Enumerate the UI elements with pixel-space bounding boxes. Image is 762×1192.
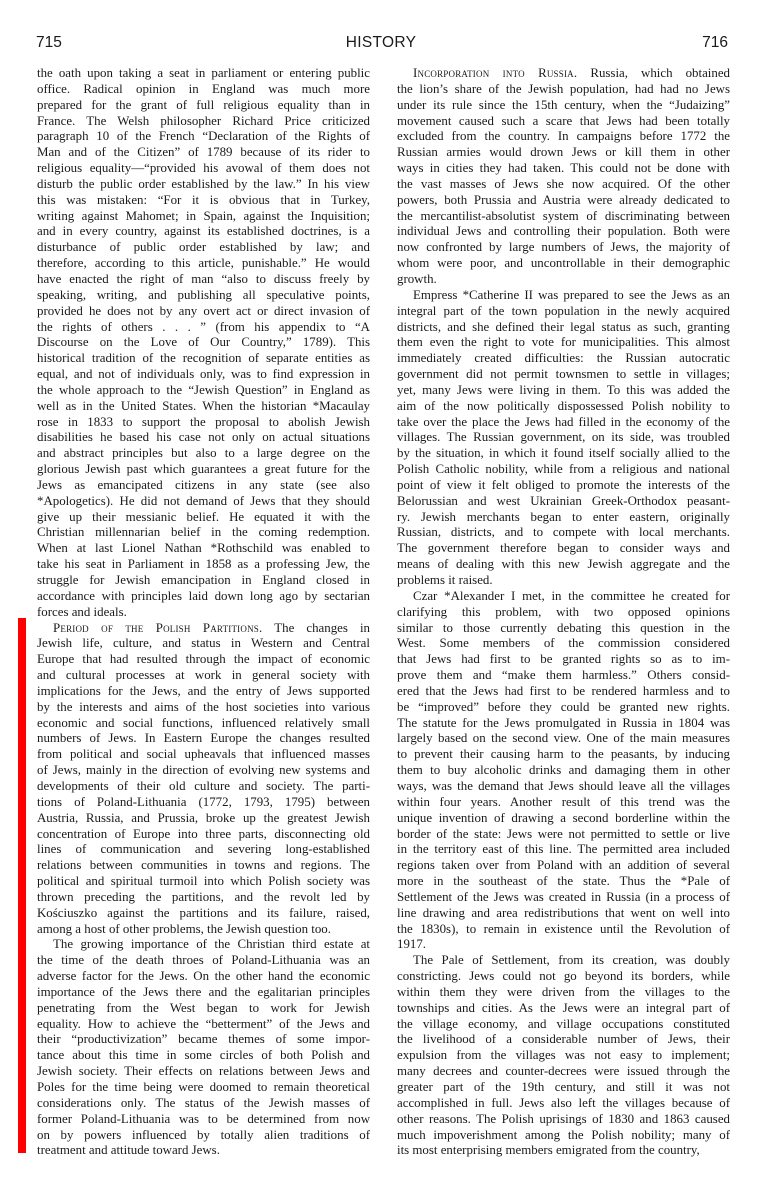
text-line: individual Jews and controlling their po… (397, 224, 730, 240)
text-line: this was mistaken: “For it is obvious th… (37, 193, 370, 209)
paragraph-alexander-i: Czar *Alexander I met, in the committee … (397, 589, 730, 953)
text-line: importance of the Jews there and the ega… (37, 985, 370, 1001)
text-line: the village economy, and village occupat… (397, 1017, 730, 1033)
text-line: villages. The Russian government, on its… (397, 430, 730, 446)
text-line: office. Radical opinion in England was m… (37, 82, 370, 98)
text-line: unique invention of drawing a second bor… (397, 811, 730, 827)
text-line: have enacted the right of man “also to d… (37, 272, 370, 288)
text-line: relations between communities in towns a… (37, 858, 370, 874)
text-line: powers, both Prussia and Austria were al… (397, 193, 730, 209)
text-line: penetrating from the West began to work … (37, 1001, 370, 1017)
text-line: considerations only. The status of the J… (37, 1096, 370, 1112)
text-line: developments of their old culture and so… (37, 779, 370, 795)
text-line: religious equality—“provided his avowal … (37, 161, 370, 177)
text-line: Empress *Catherine II was prepared to se… (397, 288, 730, 304)
text-line: tions of Poland-Lithuania (1772, 1793, 1… (37, 795, 370, 811)
text-line: adverse factor for the Jews. On the othe… (37, 969, 370, 985)
text-line: The government therefore began to consid… (397, 541, 730, 557)
section-heading-line: Incorporation into Russia. Russia, which… (397, 66, 730, 82)
text-line: disabilities he based his case not only … (37, 430, 370, 446)
text-line: Russian armies would drown Jews or kill … (397, 145, 730, 161)
text-line: much impoverishment among the Polish nob… (397, 1128, 730, 1144)
text-line: Man and of the Citizen” of 1789 because … (37, 145, 370, 161)
text-line: more in the southeast of the state. Thus… (397, 874, 730, 890)
text-line: glorious Jewish past which guarantees a … (37, 462, 370, 478)
text-line: tance about this time in some circles of… (37, 1048, 370, 1064)
text-line: writing against Mahomet; in Spain, again… (37, 209, 370, 225)
paragraph-catherine-ii: Empress *Catherine II was prepared to se… (397, 288, 730, 589)
text-line: historical tradition of the recognition … (37, 351, 370, 367)
text-line: and in every country, against its establ… (37, 224, 370, 240)
text-line: the 1830s), to remain in existence until… (397, 922, 730, 938)
text-line: Belorussian and west Ukrainian Greek-Ort… (397, 494, 730, 510)
text-line: Jewish life, culture, and status in West… (37, 636, 370, 652)
text-line: provided he does not by any overt act or… (37, 304, 370, 320)
text-line: ways, was the demand that Jews should le… (397, 779, 730, 795)
text-line: Christian millennarian belief in the com… (37, 525, 370, 541)
text-line: the rights of others . . . ” (from his a… (37, 320, 370, 336)
text-line: The Pale of Settlement, from its creatio… (397, 953, 730, 969)
text-line: Kościuszko against the partitions and it… (37, 906, 370, 922)
text-line: Poles for the time being were doomed to … (37, 1080, 370, 1096)
page-number-right: 716 (702, 34, 728, 52)
text-line: implications for the Jews, and the entry… (37, 684, 370, 700)
text-line: the lion’s share of the Jewish populatio… (397, 82, 730, 98)
text-line: greater part of the 19th century, and st… (397, 1080, 730, 1096)
text-line: under its rule since the 15th century, w… (397, 98, 730, 114)
text-line: prove them and “make them harmless.” Oth… (397, 668, 730, 684)
text-line: former Poland-Lithuania was to be determ… (37, 1112, 370, 1128)
text-line: speaking, writing, and publishing all sp… (37, 288, 370, 304)
text-line: yet, many Jews were living in them. To t… (397, 383, 730, 399)
paragraph-incorporation-russia: Incorporation into Russia. Russia, which… (397, 66, 730, 288)
text-line: districts, and she defined their legal s… (397, 320, 730, 336)
text-line: them even the right to vote for municipa… (397, 335, 730, 351)
text-line: within four years. Another result of thi… (397, 795, 730, 811)
text-line: its most enterprising members emigrated … (397, 1143, 730, 1159)
text-line: When at last Lionel Nathan *Rothschild w… (37, 541, 370, 557)
section-heading: Period of the Polish Partitions. (53, 621, 262, 635)
text-line: movement caused such a scare that Jews h… (397, 114, 730, 130)
text-line: forces and ideals. (37, 605, 370, 621)
text-line: the time of the death throes of Poland-L… (37, 953, 370, 969)
text-line: equality. How to achieve the “betterment… (37, 1017, 370, 1033)
text-line: thrown preceding the partitions, and the… (37, 890, 370, 906)
text-line: border of the state: Jews were not permi… (397, 827, 730, 843)
text-line: The growing importance of the Christian … (37, 937, 370, 953)
text-line: point of view it felt obliged to promote… (397, 478, 730, 494)
text-line: and cultural processes at work in genera… (37, 668, 370, 684)
text-line: the mercantilist-absolutist system of di… (397, 209, 730, 225)
text-line: concentration of Europe into three parts… (37, 827, 370, 843)
right-column: Incorporation into Russia. Russia, which… (397, 66, 730, 1159)
text-line: the livelihood of a considerable number … (397, 1032, 730, 1048)
text-line: Discourse on the Love of Our Country,” 1… (37, 335, 370, 351)
text-line: lines of communication and severing long… (37, 842, 370, 858)
left-column: the oath upon taking a seat in parliamen… (37, 66, 370, 1159)
text-line: by the situation, in which it found itse… (397, 446, 730, 462)
text-line: give up their messianic belief. He equat… (37, 510, 370, 526)
section-heading: Incorporation into Russia. (413, 66, 577, 80)
text-line: within them they were driven from the vi… (397, 985, 730, 1001)
text-line: line drawing and area redistributions th… (397, 906, 730, 922)
text-line: Polish Catholic nobility, while from a r… (397, 462, 730, 478)
text-line: the vast masses of Jews she now acquired… (397, 177, 730, 193)
text-line: France. The Welsh philosopher Richard Pr… (37, 114, 370, 130)
text-line: expulsion from the villages was not easy… (397, 1048, 730, 1064)
text-line: by the interests and aims of the host so… (37, 700, 370, 716)
text-line: other reasons. The Polish uprisings of 1… (397, 1112, 730, 1128)
text-line: West. Some members of the commission con… (397, 636, 730, 652)
text-line: aim of the now politically dispossessed … (397, 399, 730, 415)
text-line: growth. (397, 272, 730, 288)
highlight-bar (18, 618, 26, 1153)
text-line: similar to those currently debating this… (397, 621, 730, 637)
text-line: economic and social functions, influence… (37, 716, 370, 732)
text-line: the whole approach to the “Jewish Questi… (37, 383, 370, 399)
text-line: rose in 1833 to support the proposal to … (37, 415, 370, 431)
text-line: therefore, according to this article, pu… (37, 256, 370, 272)
text-line: ry. Jewish merchants began to enter east… (397, 510, 730, 526)
text-line: means of dealing with this new Jewish ag… (397, 557, 730, 573)
text-line: treatment and attitude toward Jews. (37, 1143, 370, 1159)
text-line: on by powers influenced by totally alien… (37, 1128, 370, 1144)
text-line: constricting. Jews could not go beyond i… (397, 969, 730, 985)
running-header: 715 HISTORY 716 (0, 34, 762, 56)
paragraph-emancipation-england: the oath upon taking a seat in parliamen… (37, 66, 370, 621)
text-line: equal, and not of individuals only, was … (37, 367, 370, 383)
text-line: and abstract principles but also to a la… (37, 446, 370, 462)
section-heading-line: Period of the Polish Partitions. The cha… (37, 621, 370, 637)
text-line: Russia, which obtained (577, 66, 730, 80)
text-line: accomplished in full. Jews also left the… (397, 1096, 730, 1112)
text-line: take his seat in Parliament in 1858 as a… (37, 557, 370, 573)
text-line: disturb the public order established by … (37, 177, 370, 193)
text-line: many decrees and counter-decrees were is… (397, 1064, 730, 1080)
text-line: paragraph 10 of the French “Declaration … (37, 129, 370, 145)
text-line: integral part of the town population in … (397, 304, 730, 320)
text-line: The changes in (262, 621, 370, 635)
text-line: excluded from the country. In campaigns … (397, 129, 730, 145)
text-line: numbers of Jews. In Eastern Europe the c… (37, 731, 370, 747)
text-line: clarifying this problem, with two oppose… (397, 605, 730, 621)
text-line: immediately created difficulties: the Ru… (397, 351, 730, 367)
text-line: struggle for Jewish emancipation in Engl… (37, 573, 370, 589)
text-line: largely based on the second view. One of… (397, 731, 730, 747)
text-line: Austria, Russia, and Prussia, broke up t… (37, 811, 370, 827)
text-line: townships and cities. As the Jews were a… (397, 1001, 730, 1017)
text-line: their “productivization” became themes o… (37, 1032, 370, 1048)
text-line: to prevent their causing harm to the pea… (397, 747, 730, 763)
text-line: disturbance of public order established … (37, 240, 370, 256)
text-line: whom were poor, and uncontrollable in th… (397, 256, 730, 272)
text-line: be “improved” before they could be grant… (397, 700, 730, 716)
text-line: from political and social upheavals that… (37, 747, 370, 763)
text-line: accordance with principles laid down lon… (37, 589, 370, 605)
running-title: HISTORY (0, 34, 762, 52)
text-line: The statute for the Jews promulgated in … (397, 716, 730, 732)
text-line: of Jews, mainly in the direction of evol… (37, 763, 370, 779)
text-line: well as in the United States. When the h… (37, 399, 370, 415)
text-line: that Jews had first to be granted rights… (397, 652, 730, 668)
text-line: political and spiritual turmoil into whi… (37, 874, 370, 890)
text-line: Settlement of the Jews was created in Ru… (397, 890, 730, 906)
text-line: them to buy alcoholic drinks and damagin… (397, 763, 730, 779)
text-line: ered that the Jews had first to be rende… (397, 684, 730, 700)
text-line: Europe that had resulted through the imp… (37, 652, 370, 668)
text-line: Czar *Alexander I met, in the committee … (397, 589, 730, 605)
text-line: regions taken over from Poland with an a… (397, 858, 730, 874)
text-line: 1917. (397, 937, 730, 953)
text-line: ways in cities they had taken. This coul… (397, 161, 730, 177)
text-line: now confronted by large numbers of Jews,… (397, 240, 730, 256)
text-line: in the territory east of this line. The … (397, 842, 730, 858)
paragraph-polish-partitions: Period of the Polish Partitions. The cha… (37, 621, 370, 938)
text-line: prepared for the grant of full religious… (37, 98, 370, 114)
text-line: the oath upon taking a seat in parliamen… (37, 66, 370, 82)
text-line: Russian, districts, and to compete with … (397, 525, 730, 541)
paragraph-pale-of-settlement: The Pale of Settlement, from its creatio… (397, 953, 730, 1159)
text-line: among a host of other problems, the Jewi… (37, 922, 370, 938)
text-line: take over the place the Jews had filled … (397, 415, 730, 431)
text-line: Jewish society. Their effects on relatio… (37, 1064, 370, 1080)
text-line: *Apologetics). He did not demand of Jews… (37, 494, 370, 510)
text-line: Jews as emancipated citizens in any stat… (37, 478, 370, 494)
paragraph-third-estate: The growing importance of the Christian … (37, 937, 370, 1159)
text-line: government did not permit townsmen to se… (397, 367, 730, 383)
text-line: problems it raised. (397, 573, 730, 589)
